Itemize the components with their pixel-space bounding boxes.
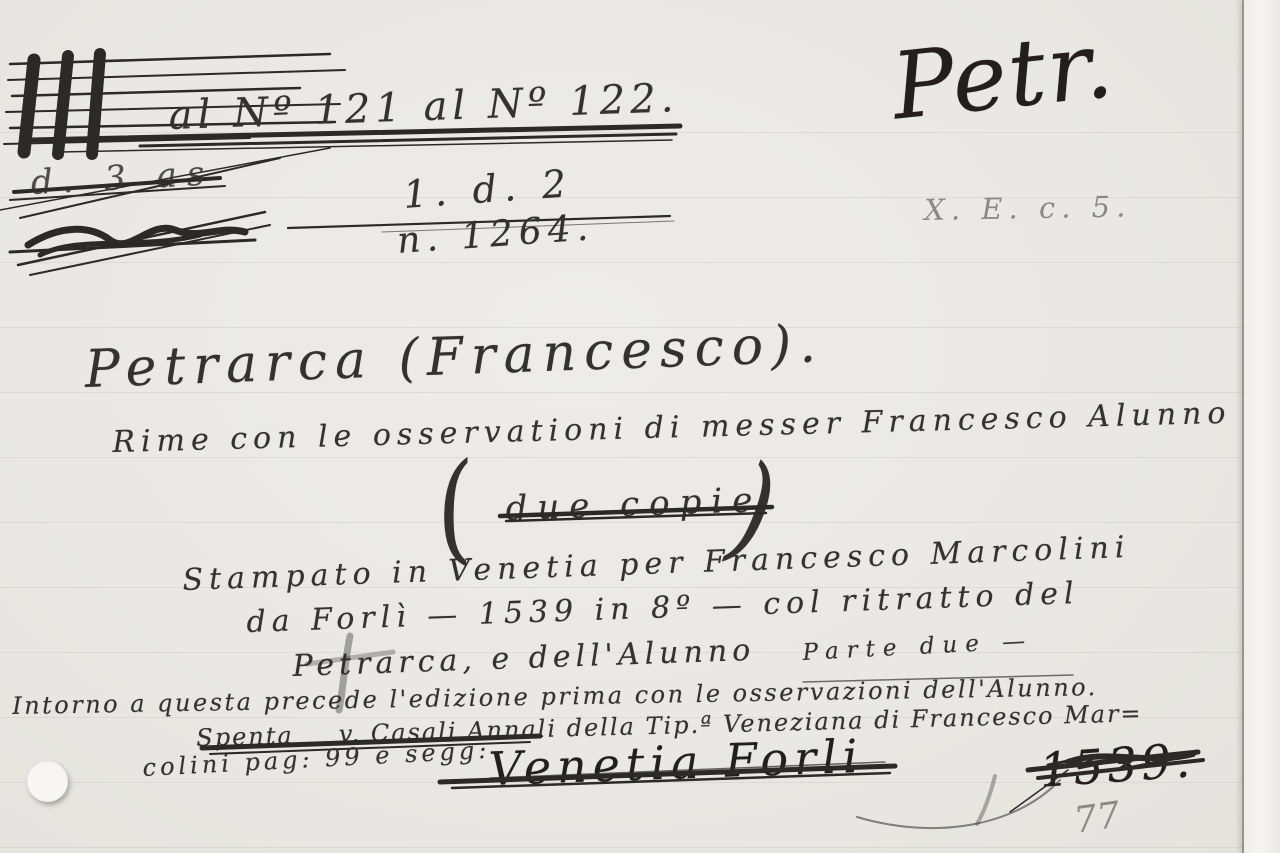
alphabetical-guide: Petr. [888,19,1119,134]
pencil-shelfmark: X. E. c. 5. [924,192,1132,225]
copies-mark: 1. d. 2 [402,164,574,214]
punch-hole [27,761,68,802]
crossed-out-scribble: d. 3 as [30,156,215,200]
card-edge [1242,0,1280,853]
pencil-flourish [845,772,1075,844]
pencil-page-number: 77 [1072,798,1122,840]
place-strike [430,752,910,797]
copies-note-strike [490,495,790,530]
catalog-card-scan: al Nº 121 al Nº 122. d. 3 as 1. d. 2 n. … [0,0,1280,853]
